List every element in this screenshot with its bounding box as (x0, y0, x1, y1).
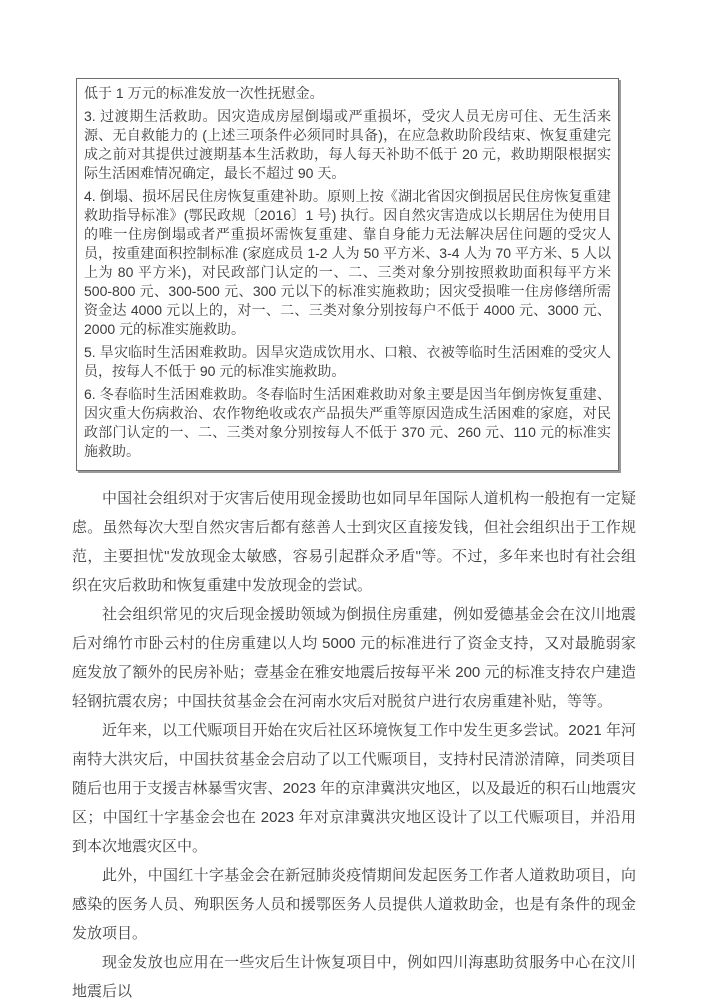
notice-paragraph: 低于 1 万元的标准发放一次性抚慰金。 (84, 84, 611, 103)
body-paragraph: 此外，中国红十字基金会在新冠肺炎疫情期间发起医务工作者人道救助项目，向感染的医务… (72, 861, 636, 948)
body-paragraph: 中国社会组织对于灾害后使用现金援助也如同早年国际人道机构一般抱有一定疑虑。虽然每… (72, 484, 636, 600)
notice-paragraph: 4. 倒塌、损坏居民住房恢复重建补助。原则上按《湖北省因灾倒损居民住房恢复重建救… (84, 187, 611, 339)
notice-paragraph: 5. 旱灾临时生活困难救助。因旱灾造成饮用水、口粮、衣被等临时生活困难的受灾人员… (84, 343, 611, 381)
body-paragraph: 社会组织常见的灾后现金援助领域为倒损住房重建，例如爱德基金会在汶川地震后对绵竹市… (72, 600, 636, 716)
article-body: 中国社会组织对于灾害后使用现金援助也如同早年国际人道机构一般抱有一定疑虑。虽然每… (72, 484, 636, 1004)
notice-paragraph: 3. 过渡期生活救助。因灾造成房屋倒塌或严重损坏，受灾人员无房可住、无生活来源、… (84, 107, 611, 183)
body-paragraph: 现金发放也应用在一些灾后生计恢复项目中，例如四川海惠助贫服务中心在汶川地震后以 (72, 948, 636, 1004)
document-page: 低于 1 万元的标准发放一次性抚慰金。 3. 过渡期生活救助。因灾造成房屋倒塌或… (0, 0, 710, 1004)
relief-standards-box: 低于 1 万元的标准发放一次性抚慰金。 3. 过渡期生活救助。因灾造成房屋倒塌或… (76, 78, 619, 471)
notice-paragraph: 6. 冬春临时生活困难救助。冬春临时生活困难救助对象主要是因当年倒房恢复重建、因… (84, 385, 611, 461)
body-paragraph: 近年来，以工代赈项目开始在灾后社区环境恢复工作中发生更多尝试。2021 年河南特… (72, 716, 636, 861)
